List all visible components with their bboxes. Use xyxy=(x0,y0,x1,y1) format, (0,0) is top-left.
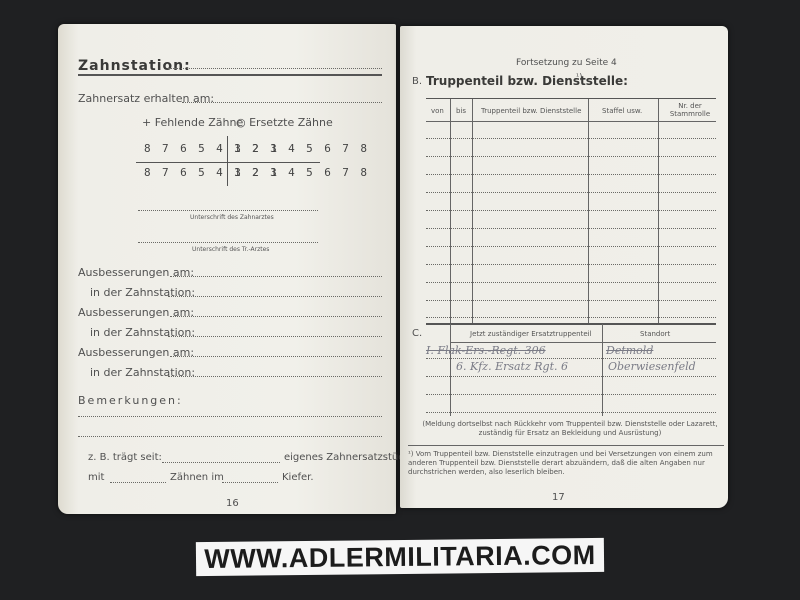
repair-3-station-field xyxy=(168,376,382,377)
wears-since-field xyxy=(162,462,280,463)
dental-station-field xyxy=(168,68,382,69)
col-line xyxy=(658,99,659,323)
repair-2-station: in der Zahnstation: xyxy=(90,326,195,339)
col-line xyxy=(472,99,473,323)
denture-received-field xyxy=(182,102,382,103)
table-row xyxy=(426,394,716,395)
remarks-label: Bemerkungen: xyxy=(78,394,183,407)
wears-since-label: z. B. trägt seit: xyxy=(88,452,162,463)
repair-2-station-field xyxy=(168,336,382,337)
table-row xyxy=(426,138,716,139)
col-squadron: Staffel usw. xyxy=(602,107,642,115)
jaw-label: Kiefer. xyxy=(282,472,314,483)
remarks-line-1 xyxy=(78,416,382,417)
chart-h-line xyxy=(136,162,320,163)
col-line xyxy=(588,99,589,323)
remarks-line-2 xyxy=(78,436,382,437)
page-number-17: 17 xyxy=(552,492,565,503)
repair-3-field xyxy=(170,356,382,357)
col-from: von xyxy=(431,107,444,115)
handwritten-place-1: Detmold xyxy=(606,344,653,357)
col-roll-number: Nr. der Stammrolle xyxy=(666,102,714,118)
handwritten-place-2: Oberwiesenfeld xyxy=(608,360,696,373)
col-location: Standort xyxy=(640,330,670,338)
lower-right-teeth: 1 2 3 4 5 6 7 8 xyxy=(234,166,369,179)
upper-right-teeth: 1 2 3 4 5 6 7 8 xyxy=(234,142,369,155)
table-row xyxy=(426,282,716,283)
repair-1-field xyxy=(170,276,382,277)
teeth-count-field xyxy=(110,482,166,483)
divider xyxy=(408,445,724,446)
divider xyxy=(78,74,382,76)
repair-2-field xyxy=(170,316,382,317)
handwritten-unit-1: I. Flak-Ers.-Regt. 306 xyxy=(426,344,546,357)
legend-missing: + Fehlende Zähne xyxy=(142,116,243,129)
col-line xyxy=(450,99,451,323)
table-b-header: von bis Truppenteil bzw. Dienststelle St… xyxy=(426,99,716,122)
col-unit: Truppenteil bzw. Dienststelle xyxy=(481,107,581,115)
table-row xyxy=(426,156,716,157)
repair-1-station-field xyxy=(168,296,382,297)
continuation-label: Fortsetzung zu Seite 4 xyxy=(516,58,617,68)
repair-1-station: in der Zahnstation: xyxy=(90,286,195,299)
watermark-banner: WWW.ADLERMILITARIA.COM xyxy=(196,538,604,576)
page-number-16: 16 xyxy=(226,498,239,509)
table-c: Jetzt zuständiger Ersatztruppenteil Stan… xyxy=(426,324,716,416)
col-line xyxy=(602,324,603,416)
with-label: mit xyxy=(88,472,104,483)
col-replacement-unit: Jetzt zuständiger Ersatztruppenteil xyxy=(470,330,592,338)
table-row xyxy=(426,376,716,377)
table-row xyxy=(426,412,716,413)
table-row xyxy=(426,264,716,265)
repair-2-label: Ausbesserungen am: xyxy=(78,306,194,319)
table-row xyxy=(426,228,716,229)
table-b: von bis Truppenteil bzw. Dienststelle St… xyxy=(426,98,716,325)
own-denture-label: eigenes Zahnersatzstück xyxy=(284,452,410,463)
repair-3-station: in der Zahnstation: xyxy=(90,366,195,379)
header-line xyxy=(450,342,716,343)
dentist-signature-label: Unterschrift des Zahnarztes xyxy=(190,214,274,221)
handwritten-unit-2: 6. Kfz. Ersatz Rgt. 6 xyxy=(456,360,568,373)
section-b-title: Truppenteil bzw. Dienststelle: xyxy=(426,74,628,88)
denture-received-label: Zahnersatz erhalten am: xyxy=(78,92,214,105)
officer-signature-line xyxy=(138,242,318,243)
report-note: (Meldung dortselbst nach Rückkehr vom Tr… xyxy=(420,420,720,438)
officer-signature-label: Unterschrift des Tr.-Arztes xyxy=(192,246,269,253)
teeth-in-label: Zähnen im xyxy=(170,472,224,483)
repair-1-label: Ausbesserungen am: xyxy=(78,266,194,279)
chart-v-line xyxy=(227,136,228,186)
legend-replaced: ○ Ersetzte Zähne xyxy=(236,116,333,129)
table-row xyxy=(426,192,716,193)
dental-station-title: Zahnstation: xyxy=(78,58,191,74)
table-row xyxy=(426,300,716,301)
table-row xyxy=(426,317,716,318)
table-row xyxy=(426,358,716,359)
section-b-footnote-ref: ¹) xyxy=(576,72,582,81)
page-16: Zahnstation: Zahnersatz erhalten am: + F… xyxy=(58,24,396,514)
col-to: bis xyxy=(456,107,466,115)
jaw-field xyxy=(222,482,278,483)
page-17: Fortsetzung zu Seite 4 B. Truppenteil bz… xyxy=(400,26,728,508)
footnote: ¹) Vom Truppenteil bzw. Dienststelle ein… xyxy=(408,450,724,477)
dentist-signature-line xyxy=(138,210,318,211)
repair-3-label: Ausbesserungen am: xyxy=(78,346,194,359)
col-line xyxy=(450,324,451,416)
table-row xyxy=(426,246,716,247)
table-row xyxy=(426,210,716,211)
section-b-marker: B. xyxy=(412,76,422,87)
section-c-marker: C. xyxy=(412,328,422,339)
table-row xyxy=(426,174,716,175)
